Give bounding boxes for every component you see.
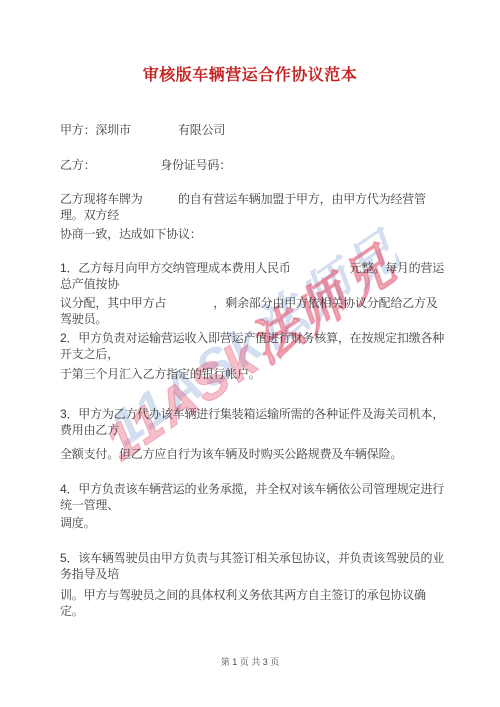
page-number: 第 1 页 共 3 页: [0, 655, 500, 668]
document-line: 乙方： 身份证号码：: [60, 157, 448, 173]
document-line: 4．甲方负责该车辆营运的业务承揽，并全权对该车辆依公司管理规定进行统一管理、: [60, 481, 448, 513]
document-line: 5．该车辆驾驶员由甲方负责与其签订相关承包协议，并负责该驾驶员的业务指导及培: [60, 550, 448, 582]
document-line: 2．甲方负责对运输营运收入即营运产值进行财务核算，在按规定扣缴各种开支之后，: [60, 330, 448, 362]
document-line: 全额支付。但乙方应自行为该车辆及时购买公路规费及车辆保险。: [60, 446, 448, 462]
document-line: 训。甲方与驾驶员之间的具体权利义务依其两方自主签订的承包协议确定。: [60, 587, 448, 619]
page-title: 审核版车辆营运合作协议范本: [0, 62, 500, 85]
document-page: 11ASk法师兄 11ASk法师兄 审核版车辆营运合作协议范本 甲方：深圳市 有…: [0, 0, 500, 707]
document-line: 3．甲方为乙方代办该车辆进行集装箱运输所需的各种证件及海关司机本，费用由乙方: [60, 406, 448, 438]
document-line: 甲方：深圳市 有限公司: [60, 122, 448, 138]
document-line: 协商一致，达成如下协议：: [60, 226, 448, 242]
document-line: 调度。: [60, 515, 448, 531]
document-line: 乙方现将车牌为 的自有营运车辆加盟于甲方，由甲方代为经营管理。双方经: [60, 191, 448, 223]
document-line: 1．乙方每月向甲方交纳管理成本费用人民币 元整。每月的营运总产值按协: [60, 260, 448, 292]
document-line: 议分配，其中甲方占 ，剩余部分由甲方依相关协议分配给乙方及驾驶员。: [60, 295, 448, 327]
document-line: 于第三个月汇入乙方指定的银行帐户。: [60, 366, 448, 382]
